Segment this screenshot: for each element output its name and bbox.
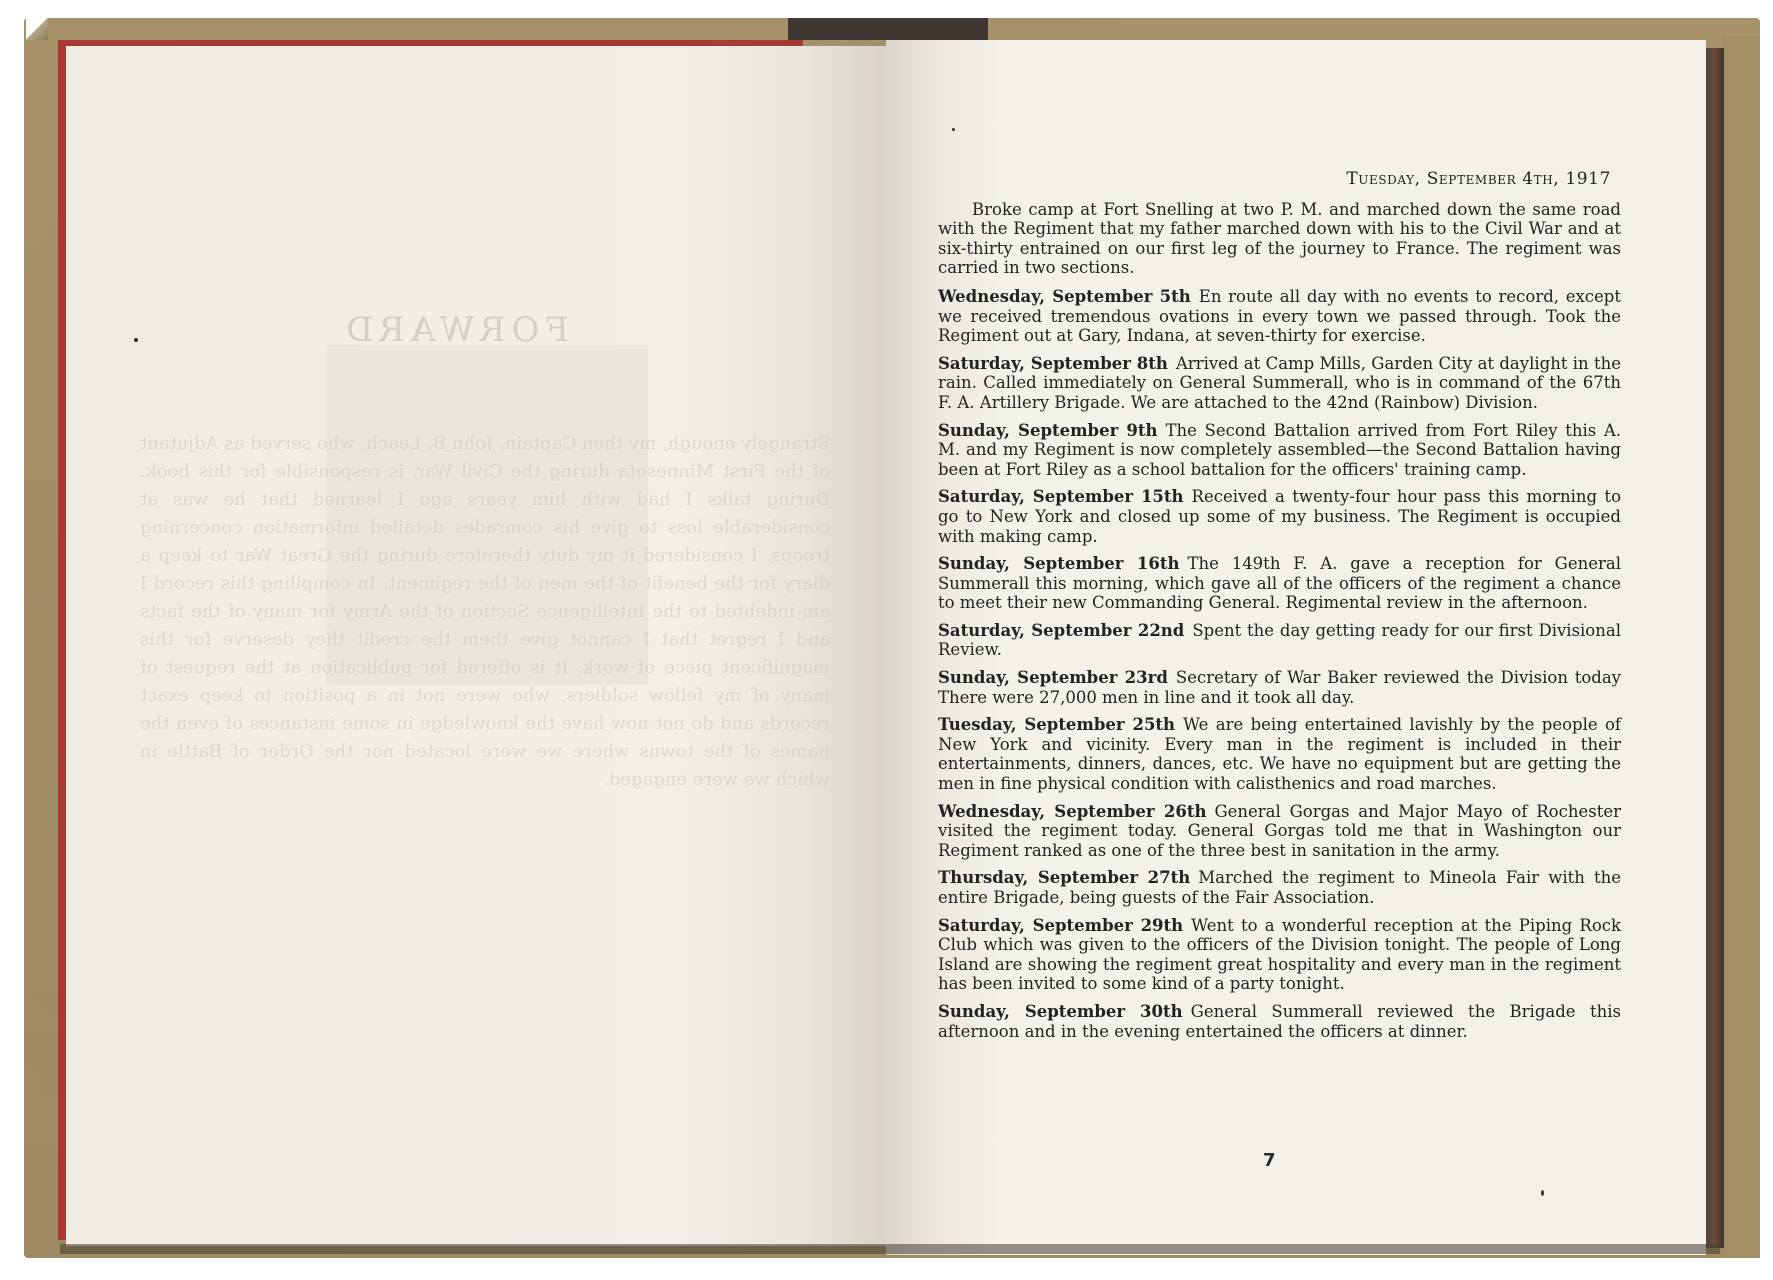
bleed-through-text: Strangely enough, my then Captain, John …	[140, 430, 830, 794]
diary-entry: Sunday, September 23rdSecretary of War B…	[938, 668, 1621, 707]
diary-entry: Wednesday, September 26thGeneral Gorgas …	[938, 802, 1621, 861]
diary-entry: Saturday, September 29thWent to a wonder…	[938, 916, 1621, 994]
entry-date: Tuesday, September 25th	[938, 715, 1175, 734]
diary-entry: Wednesday, September 5thEn route all day…	[938, 287, 1621, 346]
diary-entry: Sunday, September 30thGeneral Summerall …	[938, 1002, 1621, 1041]
entry-date: Sunday, September 30th	[938, 1002, 1183, 1021]
book-bottom-edge	[60, 1244, 1720, 1254]
back-cover-edge	[1722, 36, 1760, 1258]
entry-date: Sunday, September 23rd	[938, 668, 1168, 687]
page-edge-stack	[1706, 48, 1724, 1248]
diary-entry: Tuesday, September 25thWe are being ente…	[938, 715, 1621, 793]
entry-date: Saturday, September 8th	[938, 354, 1168, 373]
intro-paragraph: Broke camp at Fort Snelling at two P. M.…	[938, 200, 1621, 278]
entry-date: Saturday, September 15th	[938, 487, 1184, 506]
entry-date: Thursday, September 27th	[938, 868, 1190, 887]
paper-speck	[134, 338, 138, 342]
entry-date: Sunday, September 9th	[938, 421, 1158, 440]
entry-date: Wednesday, September 5th	[938, 287, 1191, 306]
diary-entry: Saturday, September 15thReceived a twent…	[938, 487, 1621, 546]
page-heading: Tuesday, September 4th, 1917	[938, 170, 1621, 190]
diary-entry: Thursday, September 27thMarched the regi…	[938, 868, 1621, 907]
diary-entry: Saturday, September 8thArrived at Camp M…	[938, 354, 1621, 413]
paper-speck	[1541, 1190, 1544, 1196]
paper-speck	[952, 128, 955, 131]
entry-date: Sunday, September 16th	[938, 554, 1179, 573]
diary-entry: Saturday, September 22ndSpent the day ge…	[938, 621, 1621, 660]
entry-date: Saturday, September 29th	[938, 916, 1183, 935]
page-number: 7	[1263, 1150, 1276, 1171]
entry-date: Wednesday, September 26th	[938, 802, 1206, 821]
cover-corner-fold	[26, 18, 48, 40]
diary-entry: Sunday, September 16thThe 149th F. A. ga…	[938, 554, 1621, 613]
diary-entry: Sunday, September 9thThe Second Battalio…	[938, 421, 1621, 480]
spine-tab	[788, 18, 988, 40]
entry-date: Saturday, September 22nd	[938, 621, 1184, 640]
bleed-through-title: FORWARD	[340, 310, 569, 350]
diary-content: Tuesday, September 4th, 1917 Broke camp …	[938, 170, 1621, 1049]
